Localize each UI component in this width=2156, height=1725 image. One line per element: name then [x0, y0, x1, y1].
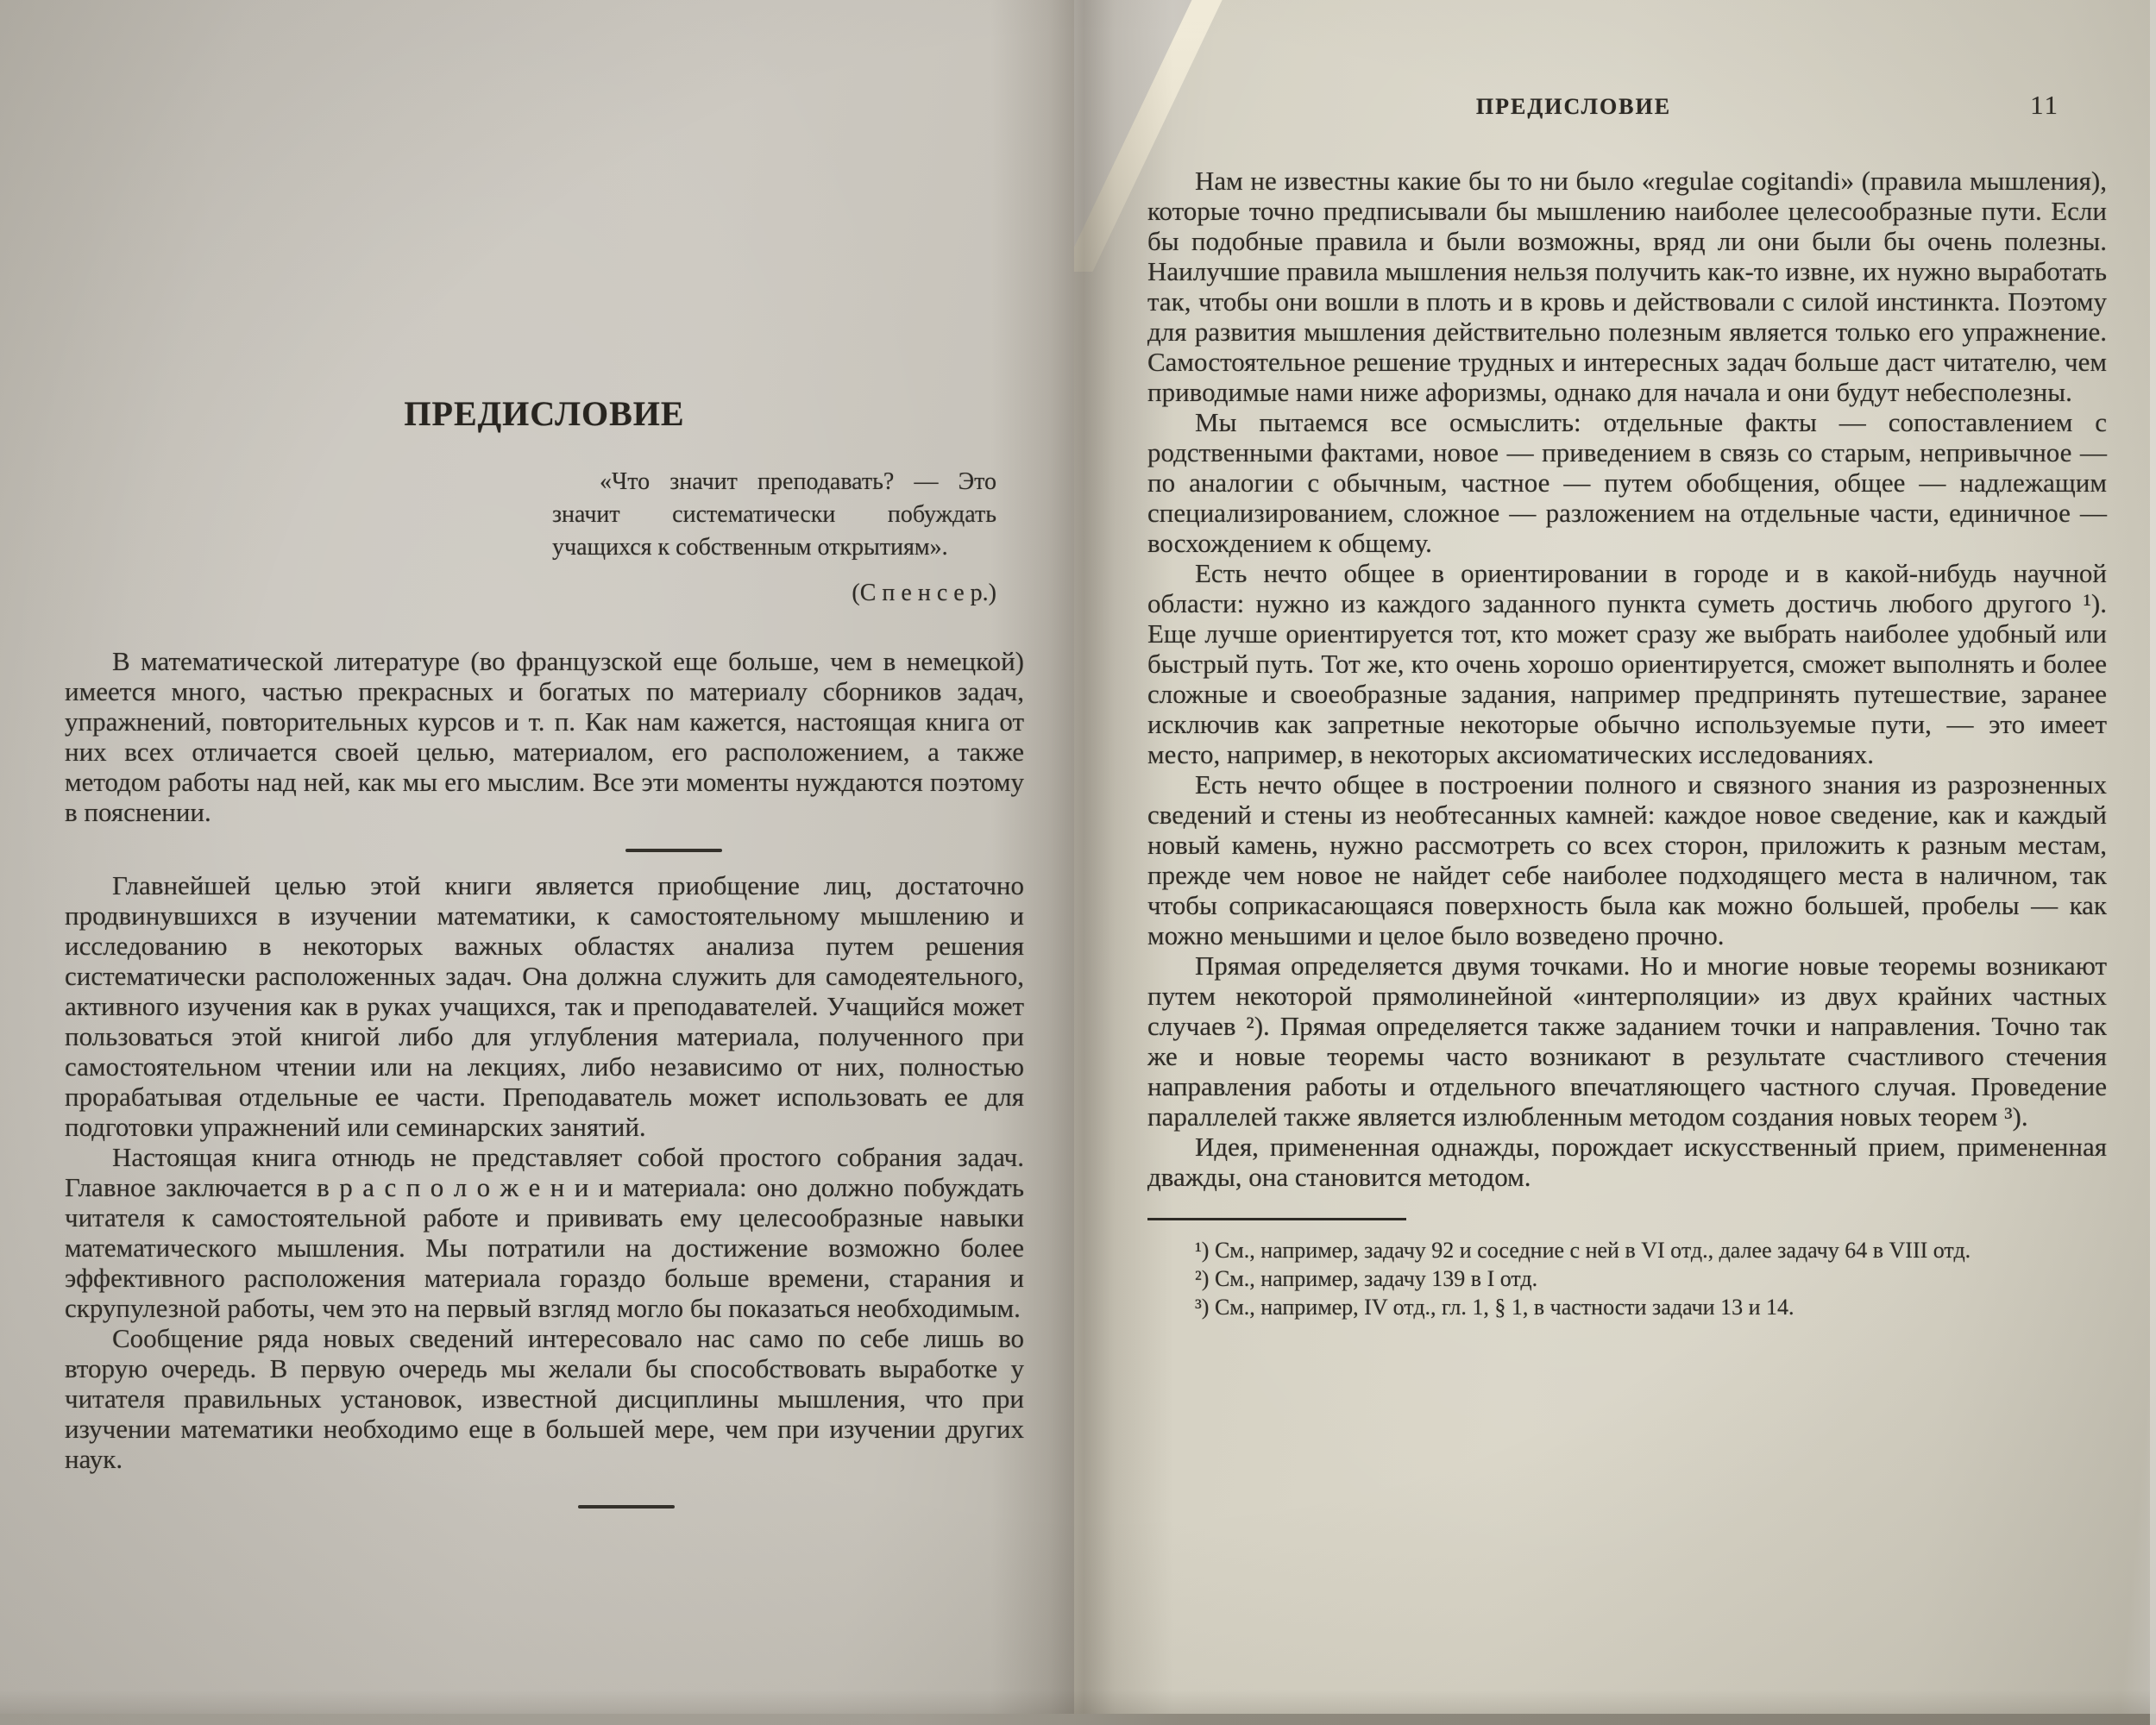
footnote: ²) См., например, задачу 139 в I отд. — [1147, 1264, 2107, 1293]
epigraph-attribution: (С п е н с е р.) — [552, 578, 996, 608]
epigraph: «Что значит преподавать? — Это значит си… — [552, 466, 996, 564]
body-paragraph: Прямая определяется двумя точками. Но и … — [1147, 950, 2107, 1132]
section-separator — [578, 1505, 675, 1509]
body-paragraph: Главнейшей целью этой книги является при… — [65, 870, 1024, 1142]
body-paragraph: Идея, примененная однажды, порождает иск… — [1147, 1132, 2107, 1192]
running-header-row: ПРЕДИСЛОВИЕ 11 — [1147, 91, 2107, 126]
footnote: ¹) См., например, задачу 92 и соседние с… — [1147, 1236, 2107, 1264]
running-header: ПРЕДИСЛОВИЕ — [1094, 91, 2053, 122]
book-photo: ПРЕДИСЛОВИЕ «Что значит преподавать? — Э… — [0, 0, 2156, 1725]
left-page-text-column: ПРЕДИСЛОВИЕ «Что значит преподавать? — Э… — [65, 0, 1024, 1509]
body-paragraph: Нам не известны какие бы то ни было «reg… — [1147, 166, 2107, 407]
section-separator — [625, 849, 722, 852]
page-number: 11 — [2030, 90, 2059, 120]
body-paragraph: Сообщение ряда новых сведений интересова… — [65, 1323, 1024, 1474]
body-paragraph: Есть нечто общее в построении полного и … — [1147, 769, 2107, 950]
footnote-rule — [1147, 1218, 1406, 1220]
footnote: ³) См., например, IV отд., гл. 1, § 1, в… — [1147, 1293, 2107, 1321]
right-page-text-column: ПРЕДИСЛОВИЕ 11 Нам не известны какие бы … — [1147, 0, 2107, 1321]
body-paragraph: Мы пытаемся все осмыслить: отдельные фак… — [1147, 407, 2107, 558]
body-paragraph: Есть нечто общее в ориентировании в горо… — [1147, 558, 2107, 769]
body-paragraph: В математической литературе (во французс… — [65, 646, 1024, 827]
page-title: ПРЕДИСЛОВИЕ — [65, 395, 1024, 433]
body-paragraph: Настоящая книга отнюдь не представляет с… — [65, 1142, 1024, 1323]
